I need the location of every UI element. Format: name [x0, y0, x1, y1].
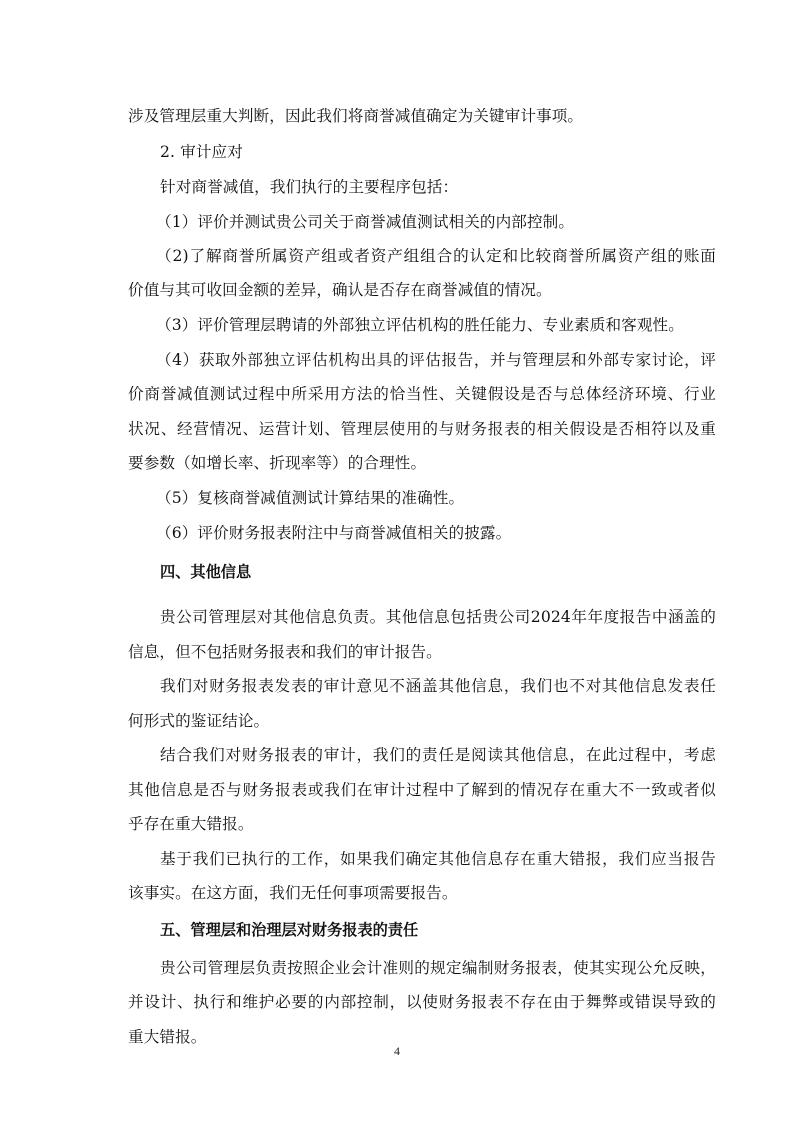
- section-heading-other-information: 四、其他信息: [160, 562, 251, 582]
- procedure-item-4: （4）获取外部独立评估机构出具的评估报告，并与管理层和外部专家讨论，评: [156, 350, 716, 370]
- paragraph-line: 我们对财务报表发表的审计意见不涵盖其他信息，我们也不对其他信息发表任: [160, 676, 716, 696]
- procedure-item-6: （6）评价财务报表附注中与商誉减值相关的披露。: [156, 523, 716, 543]
- section-heading-management-responsibility: 五、管理层和治理层对财务报表的责任: [160, 920, 418, 940]
- paragraph-line: 贵公司管理层对其他信息负责。其他信息包括贵公司2024年年度报告中涵盖的: [160, 607, 716, 627]
- procedure-item-2: （2)了解商誉所属资产组或者资产组组合的认定和比较商誉所属资产组的账面: [156, 246, 716, 266]
- paragraph-line: 何形式的鉴证结论。: [128, 711, 716, 731]
- page-number: 4: [0, 1043, 794, 1059]
- procedure-item-1: （1）评价并测试贵公司关于商誉减值测试相关的内部控制。: [156, 212, 716, 232]
- paragraph-line: 状况、经营情况、运营计划、管理层使用的与财务报表的相关假设是否相符以及重: [128, 419, 716, 439]
- paragraph-line: 要参数（如增长率、折现率等）的合理性。: [128, 453, 716, 473]
- procedure-item-5: （5）复核商誉减值测试计算结果的准确性。: [156, 488, 716, 508]
- subsection-title-audit-response: 2. 审计应对: [160, 142, 716, 162]
- paragraph-line: 价商誉减值测试过程中所采用方法的恰当性、关键假设是否与总体经济环境、行业: [128, 384, 716, 404]
- paragraph-line: 并设计、执行和维护必要的内部控制，以使财务报表不存在由于舞弊或错误导致的: [128, 992, 716, 1012]
- paragraph-line: 结合我们对财务报表的审计，我们的责任是阅读其他信息，在此过程中，考虑: [160, 745, 716, 765]
- paragraph-line: 该事实。在这方面，我们无任何事项需要报告。: [128, 883, 716, 903]
- paragraph-line: 其他信息是否与财务报表或我们在审计过程中了解到的情况存在重大不一致或者似: [128, 780, 716, 800]
- paragraph-line: 针对商誉减值，我们执行的主要程序包括：: [160, 177, 716, 197]
- paragraph-line: 基于我们已执行的工作，如果我们确定其他信息存在重大错报，我们应当报告: [160, 849, 716, 869]
- procedure-item-3: （3）评价管理层聘请的外部独立评估机构的胜任能力、专业素质和客观性。: [156, 315, 716, 335]
- paragraph-line: 贵公司管理层负责按照企业会计准则的规定编制财务报表，使其实现公允反映，: [160, 958, 716, 978]
- paragraph-line: 价值与其可收回金额的差异，确认是否存在商誉减值的情况。: [128, 280, 716, 300]
- document-page: 涉及管理层重大判断，因此我们将商誉减值确定为关键审计事项。 2. 审计应对 针对…: [0, 0, 794, 1122]
- paragraph-line: 乎存在重大错报。: [128, 814, 716, 834]
- paragraph-line: 涉及管理层重大判断，因此我们将商誉减值确定为关键审计事项。: [128, 106, 716, 126]
- paragraph-line: 信息，但不包括财务报表和我们的审计报告。: [128, 642, 716, 662]
